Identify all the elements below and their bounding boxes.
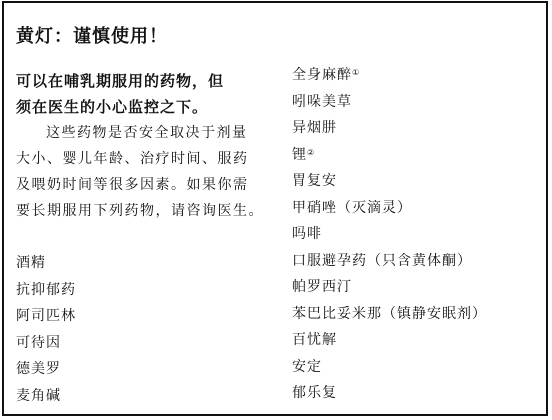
item-name: 异烟肼 <box>292 120 337 136</box>
list-item: 抗抑郁药 <box>16 277 76 304</box>
list-item: 酒精 <box>16 250 76 277</box>
list-item: 德美罗 <box>16 356 76 383</box>
paragraph-line: 大小、婴儿年龄、治疗时间、服药 <box>16 146 278 172</box>
item-name: 郁乐复 <box>292 385 337 401</box>
item-name: 帕罗西汀 <box>292 279 352 295</box>
list-item: 可待因 <box>16 330 76 357</box>
list-item: 甲硝唑（灭滴灵） <box>292 195 487 222</box>
list-item: 苯巴比妥米那（镇静安眠剂） <box>292 301 487 328</box>
paragraph-line: 及喂奶时间等很多因素。如果你需 <box>16 172 278 198</box>
list-item: 锂② <box>292 142 487 169</box>
paragraph-line: 这些药物是否安全取决于剂量 <box>16 120 278 146</box>
list-item: 麦角碱 <box>16 383 76 410</box>
section-title: 黄灯：谨慎使用！ <box>16 22 168 48</box>
list-item: 百忧解 <box>292 327 487 354</box>
list-item: 异烟肼 <box>292 115 487 142</box>
item-name: 吗啡 <box>292 226 322 242</box>
drug-list-right: 全身麻醉① 吲哚美草 异烟肼 锂② 胃复安 甲硝唑（灭滴灵） 吗啡 口服避孕药（… <box>292 62 487 407</box>
item-name: 口服避孕药（只含黄体酮） <box>292 253 472 269</box>
drug-list-left: 酒精 抗抑郁药 阿司匹林 可待因 德美罗 麦角碱 <box>16 250 76 409</box>
item-name: 甲硝唑（灭滴灵） <box>292 200 412 216</box>
list-item: 吗啡 <box>292 221 487 248</box>
list-item: 胃复安 <box>292 168 487 195</box>
list-item: 全身麻醉① <box>292 62 487 89</box>
item-name: 安定 <box>292 359 322 375</box>
list-item: 郁乐复 <box>292 380 487 407</box>
list-item: 口服避孕药（只含黄体酮） <box>292 248 487 275</box>
list-item: 吲哚美草 <box>292 89 487 116</box>
list-item: 安定 <box>292 354 487 381</box>
list-item: 阿司匹林 <box>16 303 76 330</box>
body-paragraph: 这些药物是否安全取决于剂量 大小、婴儿年龄、治疗时间、服药 及喂奶时间等很多因素… <box>16 120 278 224</box>
item-name: 锂 <box>292 147 307 163</box>
item-name: 全身麻醉 <box>292 67 352 83</box>
list-item: 帕罗西汀 <box>292 274 487 301</box>
item-name: 胃复安 <box>292 173 337 189</box>
lead-line: 须在医生的小心监控之下。 <box>16 94 278 120</box>
paragraph-line: 要长期服用下列药物，请咨询医生。 <box>16 198 278 224</box>
item-name: 吲哚美草 <box>292 94 352 110</box>
item-name: 百忧解 <box>292 332 337 348</box>
footnote-marker: ① <box>352 68 360 77</box>
lead-line: 可以在哺乳期服用的药物，但 <box>16 68 278 94</box>
footnote-marker: ② <box>307 148 315 157</box>
item-name: 苯巴比妥米那（镇静安眠剂） <box>292 306 487 322</box>
lead-text: 可以在哺乳期服用的药物，但 须在医生的小心监控之下。 <box>16 68 278 120</box>
